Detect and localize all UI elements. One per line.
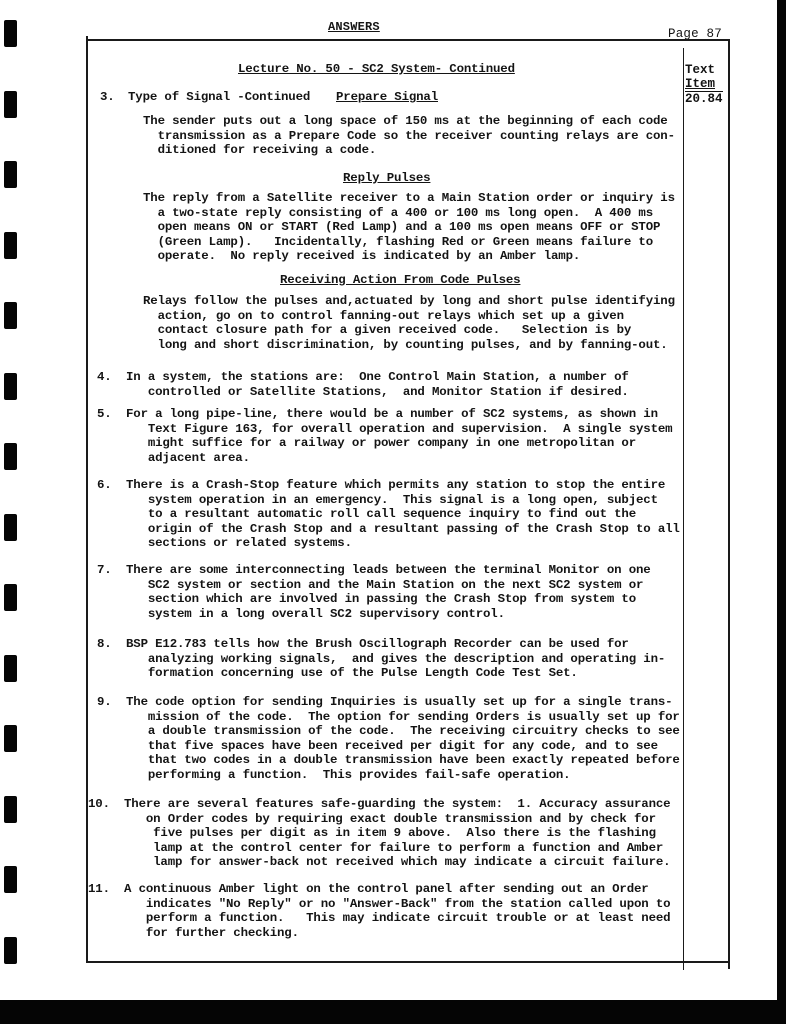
item-number: 9. [97,695,112,710]
subsection-title-reply-pulses: Reply Pulses [343,171,430,186]
sprocket-hole [4,91,17,118]
item-3-number: 3. [100,90,115,105]
item-number: 7. [97,563,112,578]
item-3-heading: Type of Signal -Continued [128,90,310,105]
sprocket-hole [4,725,17,752]
subsection-body-receiving-action: Relays follow the pulses and,actuated by… [143,294,675,352]
item-number: 4. [97,370,112,385]
sprocket-hole [4,655,17,682]
text-item-reference: Text Item 20.84 [685,63,723,106]
box-column-divider [683,48,684,970]
item-body: A continuous Amber light on the control … [124,882,670,940]
item-number: 6. [97,478,112,493]
item-body: There are some interconnecting leads bet… [126,563,651,621]
item-body: In a system, the stations are: One Contr… [126,370,629,399]
sprocket-hole [4,373,17,400]
item-number: 11. [88,882,110,897]
subsection-title-prepare-signal: Prepare Signal [336,90,438,105]
sprocket-hole [4,443,17,470]
item-body: The code option for sending Inquiries is… [126,695,680,783]
item-body: For a long pipe-line, there would be a n… [126,407,672,465]
sidebox-label-text: Text [685,63,715,77]
box-right-rule [728,39,730,969]
box-left-rule [86,36,88,962]
item-body: BSP E12.783 tells how the Brush Oscillog… [126,637,665,681]
sprocket-hole [4,302,17,329]
subsection-body-reply-pulses: The reply from a Satellite receiver to a… [143,191,675,264]
scan-border-bottom [0,1000,786,1024]
box-top-rule [86,39,729,41]
sprocket-hole [4,514,17,541]
scan-border-right [777,0,786,1024]
sprocket-hole [4,796,17,823]
box-bottom-rule [86,961,729,963]
subsection-body-prepare-signal: The sender puts out a long space of 150 … [143,114,675,158]
sprocket-hole [4,866,17,893]
sidebox-label-item: Item [685,77,723,91]
sprocket-hole [4,937,17,964]
item-body: There is a Crash-Stop feature which perm… [126,478,680,551]
item-body: There are several features safe-guarding… [124,797,670,870]
sidebox-reference: 20.84 [685,91,723,106]
subsection-title-receiving-action: Receiving Action From Code Pulses [280,273,520,288]
item-number: 8. [97,637,112,652]
sprocket-hole [4,232,17,259]
sprocket-hole [4,161,17,188]
sprocket-hole [4,20,17,47]
item-number: 10. [88,797,110,812]
lecture-title: Lecture No. 50 - SC2 System- Continued [238,62,515,77]
sprocket-hole [4,584,17,611]
section-header: ANSWERS [328,20,380,34]
item-number: 5. [97,407,112,422]
